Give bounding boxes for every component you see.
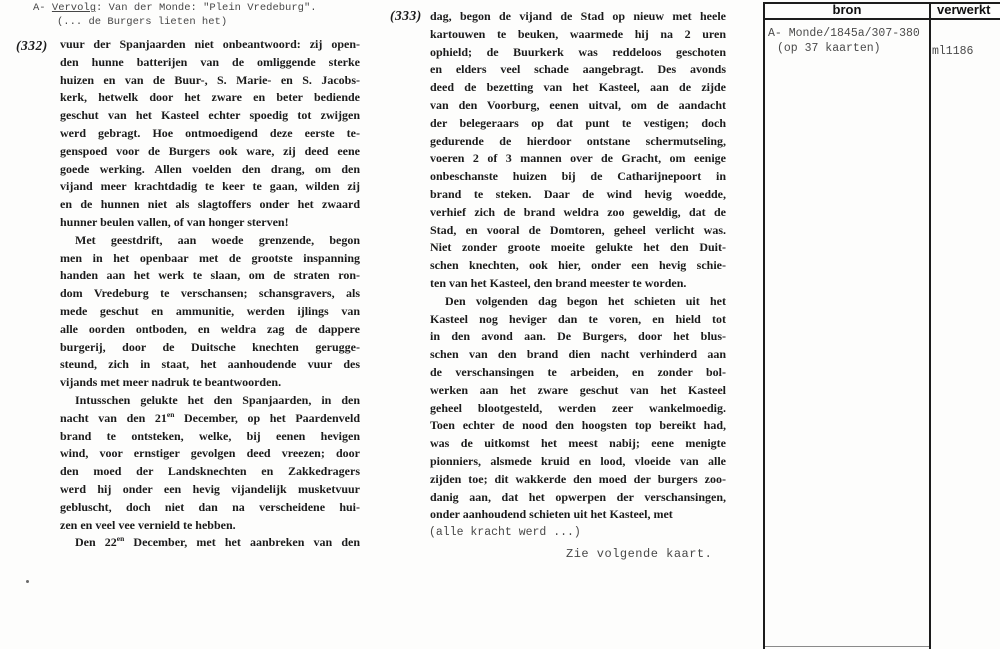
text-line: Niet zonder groote moeite gelukte het de…	[430, 239, 726, 257]
line-text: kerk, hetwelk door het zware en beter be…	[60, 90, 360, 104]
text-line: werd gebragt. Hoe ontmoedigend deze eers…	[60, 125, 360, 143]
line-text: ten van het Kasteel, den brand meester t…	[430, 276, 686, 290]
text-line: vijands met meer nadruk te beantwoorden.	[60, 374, 360, 392]
line-text: schen van den brand dien nacht verhinder…	[430, 347, 726, 361]
line-text: en de hunnen niet als slagtoffers onder …	[60, 197, 360, 211]
scan-speck	[26, 580, 29, 583]
continuation-note: (alle kracht werd ...)	[429, 526, 581, 539]
header-note-line1: A- Vervolg: Van der Monde: "Plein Vredeb…	[33, 1, 317, 15]
text-line: burgerij, door de Duitsche knechten geru…	[60, 339, 360, 357]
line-text: den hunne batterijen van de omliggende s…	[60, 55, 360, 69]
line-text: en elders veel schade aangebragt. Des av…	[430, 62, 726, 76]
text-line: handen aan het werk te slaan, om de stra…	[60, 267, 360, 285]
text-line: gebluscht, doch niet dan na verscheidene…	[60, 499, 360, 517]
text-line: geheel blootgesteld, werden zeer wankelm…	[430, 400, 726, 418]
line-text: brand te ontsteken, welke, bij eenen hev…	[60, 429, 360, 443]
line-text: voeren 2 of 3 mannen over de Gracht, om …	[430, 151, 726, 165]
table-bottom-border	[765, 646, 929, 647]
line-text: den moed der Landsknechten en Zakkedrage…	[60, 464, 360, 478]
header-note-line2: (... de Burgers lieten het)	[57, 15, 317, 29]
line-text: Toen echter de nood den hoogsten top ber…	[430, 418, 726, 432]
line-text: Met geestdrift, aan woede grenzende, beg…	[75, 233, 360, 247]
line-text: handen aan het werk te slaan, om de stra…	[60, 268, 360, 282]
text-line: mede geschut en ammunitie, werden ijling…	[60, 303, 360, 321]
line-text: onbeschanste huizen bij de Catharijnepoo…	[430, 169, 726, 183]
text-line: dag, begon de vijand de Stad op nieuw me…	[430, 8, 726, 26]
text-line: deed de bezetting van het Kasteel, aan d…	[430, 79, 726, 97]
text-line: den hunne batterijen van de omliggende s…	[60, 54, 360, 72]
line-text: kartouwen te beuken, waarmede hij na 2 u…	[430, 27, 726, 41]
text-line: goede werking. Allen voelden den drang, …	[60, 161, 360, 179]
line-text: brand te steken. Daar de wind hevig woed…	[430, 187, 726, 201]
source-reference: A- Monde/1845a/307-380	[768, 26, 920, 41]
line-text: geheel blootgesteld, werden zeer wankelm…	[430, 401, 726, 415]
line-text: pionniers, alsmede kruid en lood, vloeid…	[430, 454, 726, 468]
see-next-card-note: Zie volgende kaart.	[566, 547, 712, 561]
text-line: ophield; de Buurkerk was reddeloos gesch…	[430, 44, 726, 62]
text-line: Den volgenden dag begon het schieten uit…	[430, 293, 726, 311]
line-text: vijand meer krachtdadig te keer te gaan,…	[60, 179, 360, 193]
text-line: schen knechten, ook hier, onder een hevi…	[430, 257, 726, 275]
line-text: onder aanhoudend schieten uit het Kastee…	[430, 507, 673, 521]
line-text: Kasteel nog heviger dan te voren, en hie…	[430, 312, 726, 326]
line-text: van den Voorburg, eenen uitval, om de aa…	[430, 98, 726, 112]
header-note-rest: : Van der Monde: "Plein Vredeburg".	[96, 2, 317, 14]
text-line: steund, zich in staat, het aanhoudende v…	[60, 356, 360, 374]
text-line: alle oorden ontboden, en weldra zag de d…	[60, 321, 360, 339]
text-line: kerk, hetwelk door het zware en beter be…	[60, 89, 360, 107]
line-text: vijands met meer nadruk te beantwoorden.	[60, 375, 281, 389]
line-text: werd hij onder een hevig vijandelijk mus…	[60, 482, 360, 496]
line-text: verhief zich de brand weldra zoo geweldi…	[430, 205, 726, 219]
line-text: was de uitkomst het meest nabij; eene me…	[430, 436, 726, 450]
line-text: mede geschut en ammunitie, werden ijling…	[60, 304, 360, 318]
left-text-column: vuur der Spanjaarden niet onbeantwoord: …	[60, 36, 360, 552]
line-text: burgerij, door de Duitsche knechten geru…	[60, 340, 360, 354]
line-text: geschut van het Kasteel echter spoedig t…	[60, 108, 360, 122]
line-text: zijden toe; dit wakkerde den moed der bu…	[430, 472, 726, 486]
text-line: Met geestdrift, aan woede grenzende, beg…	[60, 232, 360, 250]
line-text: Stad, en vooral de Domtoren, geheel verl…	[430, 223, 726, 237]
text-line: verhief zich de brand weldra zoo geweldi…	[430, 204, 726, 222]
text-line: Den 22en December, met het aanbreken van…	[60, 534, 360, 552]
line-text: men in het openbaar met de grootste insp…	[60, 251, 360, 265]
text-line: de verschansingen te arbeiden, en zonder…	[430, 364, 726, 382]
right-text-column: dag, begon de vijand de Stad op nieuw me…	[430, 8, 726, 524]
page-number-right: (333)	[390, 8, 422, 24]
text-line: huizen en van de Buur-, S. Marie- en S. …	[60, 72, 360, 90]
text-line: onbeschanste huizen bij de Catharijnepoo…	[430, 168, 726, 186]
text-line: dom Vredeburg te verschansen; schansgrav…	[60, 285, 360, 303]
text-line: was de uitkomst het meest nabij; eene me…	[430, 435, 726, 453]
line-text: huizen en van de Buur-, S. Marie- en S. …	[60, 73, 360, 87]
line-text: vuur der Spanjaarden niet onbeantwoord: …	[60, 37, 360, 51]
text-line: danig aan, dat het opwerpen der verschan…	[430, 489, 726, 507]
line-text: December, met het aanbreken van den	[124, 535, 360, 549]
line-text: de verschansingen te arbeiden, en zonder…	[430, 365, 726, 379]
text-line: Stad, en vooral de Domtoren, geheel verl…	[430, 222, 726, 240]
bron-cell: A- Monde/1845a/307-380 (op 37 kaarten)	[768, 26, 920, 56]
line-text: wind, voor ernstiger gevolgen deed vreez…	[60, 446, 360, 460]
line-text: in den avond aan. De Burgers, door het b…	[430, 329, 726, 343]
text-line: van den Voorburg, eenen uitval, om de aa…	[430, 97, 726, 115]
card-header-note: A- Vervolg: Van der Monde: "Plein Vredeb…	[33, 1, 317, 29]
text-line: onder aanhoudend schieten uit het Kastee…	[430, 506, 726, 524]
text-line: hunner beulen vallen, of van honger ster…	[60, 214, 360, 232]
text-line: en de hunnen niet als slagtoffers onder …	[60, 196, 360, 214]
text-line: brand te ontsteken, welke, bij eenen hev…	[60, 428, 360, 446]
text-line: voeren 2 of 3 mannen over de Gracht, om …	[430, 150, 726, 168]
line-text: Den 22	[75, 535, 117, 549]
text-line: zijden toe; dit wakkerde den moed der bu…	[430, 471, 726, 489]
text-line: in den avond aan. De Burgers, door het b…	[430, 328, 726, 346]
text-line: kartouwen te beuken, waarmede hij na 2 u…	[430, 26, 726, 44]
text-line: Intusschen gelukte het den Spanjaarden, …	[60, 392, 360, 410]
line-text: werd gebragt. Hoe ontmoedigend deze eers…	[60, 126, 360, 140]
text-line: wind, voor ernstiger gevolgen deed vreez…	[60, 445, 360, 463]
line-text: dom Vredeburg te verschansen; schansgrav…	[60, 286, 360, 300]
text-line: vuur der Spanjaarden niet onbeantwoord: …	[60, 36, 360, 54]
line-text: zen en veel vee vernield te hebben.	[60, 518, 236, 532]
table-header-bron: bron	[765, 2, 929, 18]
text-line: en elders veel schade aangebragt. Des av…	[430, 61, 726, 79]
page-number-left: (332)	[16, 38, 48, 54]
line-text: December, op het Paardenveld	[174, 411, 360, 425]
table-column-divider	[929, 2, 931, 649]
line-text: werken aan het zware geschut van het Kas…	[430, 383, 726, 397]
text-line: zen en veel vee vernield te hebben.	[60, 517, 360, 535]
text-line: pionniers, alsmede kruid en lood, vloeid…	[430, 453, 726, 471]
verwerkt-cell: ml1186	[932, 45, 973, 58]
line-text: ophield; de Buurkerk was reddeloos gesch…	[430, 45, 726, 59]
text-line: brand te steken. Daar de wind hevig woed…	[430, 186, 726, 204]
header-note-title: Vervolg	[52, 2, 96, 14]
table-header-verwerkt: verwerkt	[937, 2, 990, 18]
line-text: steund, zich in staat, het aanhoudende v…	[60, 357, 360, 371]
text-line: nacht van den 21en December, op het Paar…	[60, 410, 360, 428]
text-line: werd hij onder een hevig vijandelijk mus…	[60, 481, 360, 499]
text-line: werken aan het zware geschut van het Kas…	[430, 382, 726, 400]
text-line: vijand meer krachtdadig te keer te gaan,…	[60, 178, 360, 196]
table-header-separator	[763, 18, 1000, 20]
text-line: geschut van het Kasteel echter spoedig t…	[60, 107, 360, 125]
source-card-count: (op 37 kaarten)	[777, 41, 920, 56]
text-line: gedurende de hierdoor ontstane schermuts…	[430, 133, 726, 151]
text-line: men in het openbaar met de grootste insp…	[60, 250, 360, 268]
line-text: goede werking. Allen voelden den drang, …	[60, 162, 360, 176]
text-line: Kasteel nog heviger dan te voren, en hie…	[430, 311, 726, 329]
text-line: der belegeraars op dat punt te vestigen;…	[430, 115, 726, 133]
line-text: alle oorden ontboden, en weldra zag de d…	[60, 322, 360, 336]
line-text: dag, begon de vijand de Stad op nieuw me…	[430, 9, 726, 23]
text-line: schen van den brand dien nacht verhinder…	[430, 346, 726, 364]
line-text: Niet zonder groote moeite gelukte het de…	[430, 240, 726, 254]
table-left-border	[763, 2, 765, 649]
line-text: genspoed voor de Burgers ook ware, zij d…	[60, 144, 360, 158]
text-line: Toen echter de nood den hoogsten top ber…	[430, 417, 726, 435]
line-text: nacht van den 21	[60, 411, 167, 425]
line-text: danig aan, dat het opwerpen der verschan…	[430, 490, 726, 504]
line-text: deed de bezetting van het Kasteel, aan d…	[430, 80, 726, 94]
line-text: der belegeraars op dat punt te vestigen;…	[430, 116, 726, 130]
line-text: Den volgenden dag begon het schieten uit…	[445, 294, 726, 308]
line-text: schen knechten, ook hier, onder een hevi…	[430, 258, 726, 272]
line-text: Intusschen gelukte het den Spanjaarden, …	[75, 393, 360, 407]
line-text: gedurende de hierdoor ontstane schermuts…	[430, 134, 726, 148]
line-text: hunner beulen vallen, of van honger ster…	[60, 215, 289, 229]
text-line: genspoed voor de Burgers ook ware, zij d…	[60, 143, 360, 161]
line-text: gebluscht, doch niet dan na verscheidene…	[60, 500, 360, 514]
text-line: ten van het Kasteel, den brand meester t…	[430, 275, 726, 293]
header-note-prefix: A-	[33, 2, 52, 14]
text-line: den moed der Landsknechten en Zakkedrage…	[60, 463, 360, 481]
